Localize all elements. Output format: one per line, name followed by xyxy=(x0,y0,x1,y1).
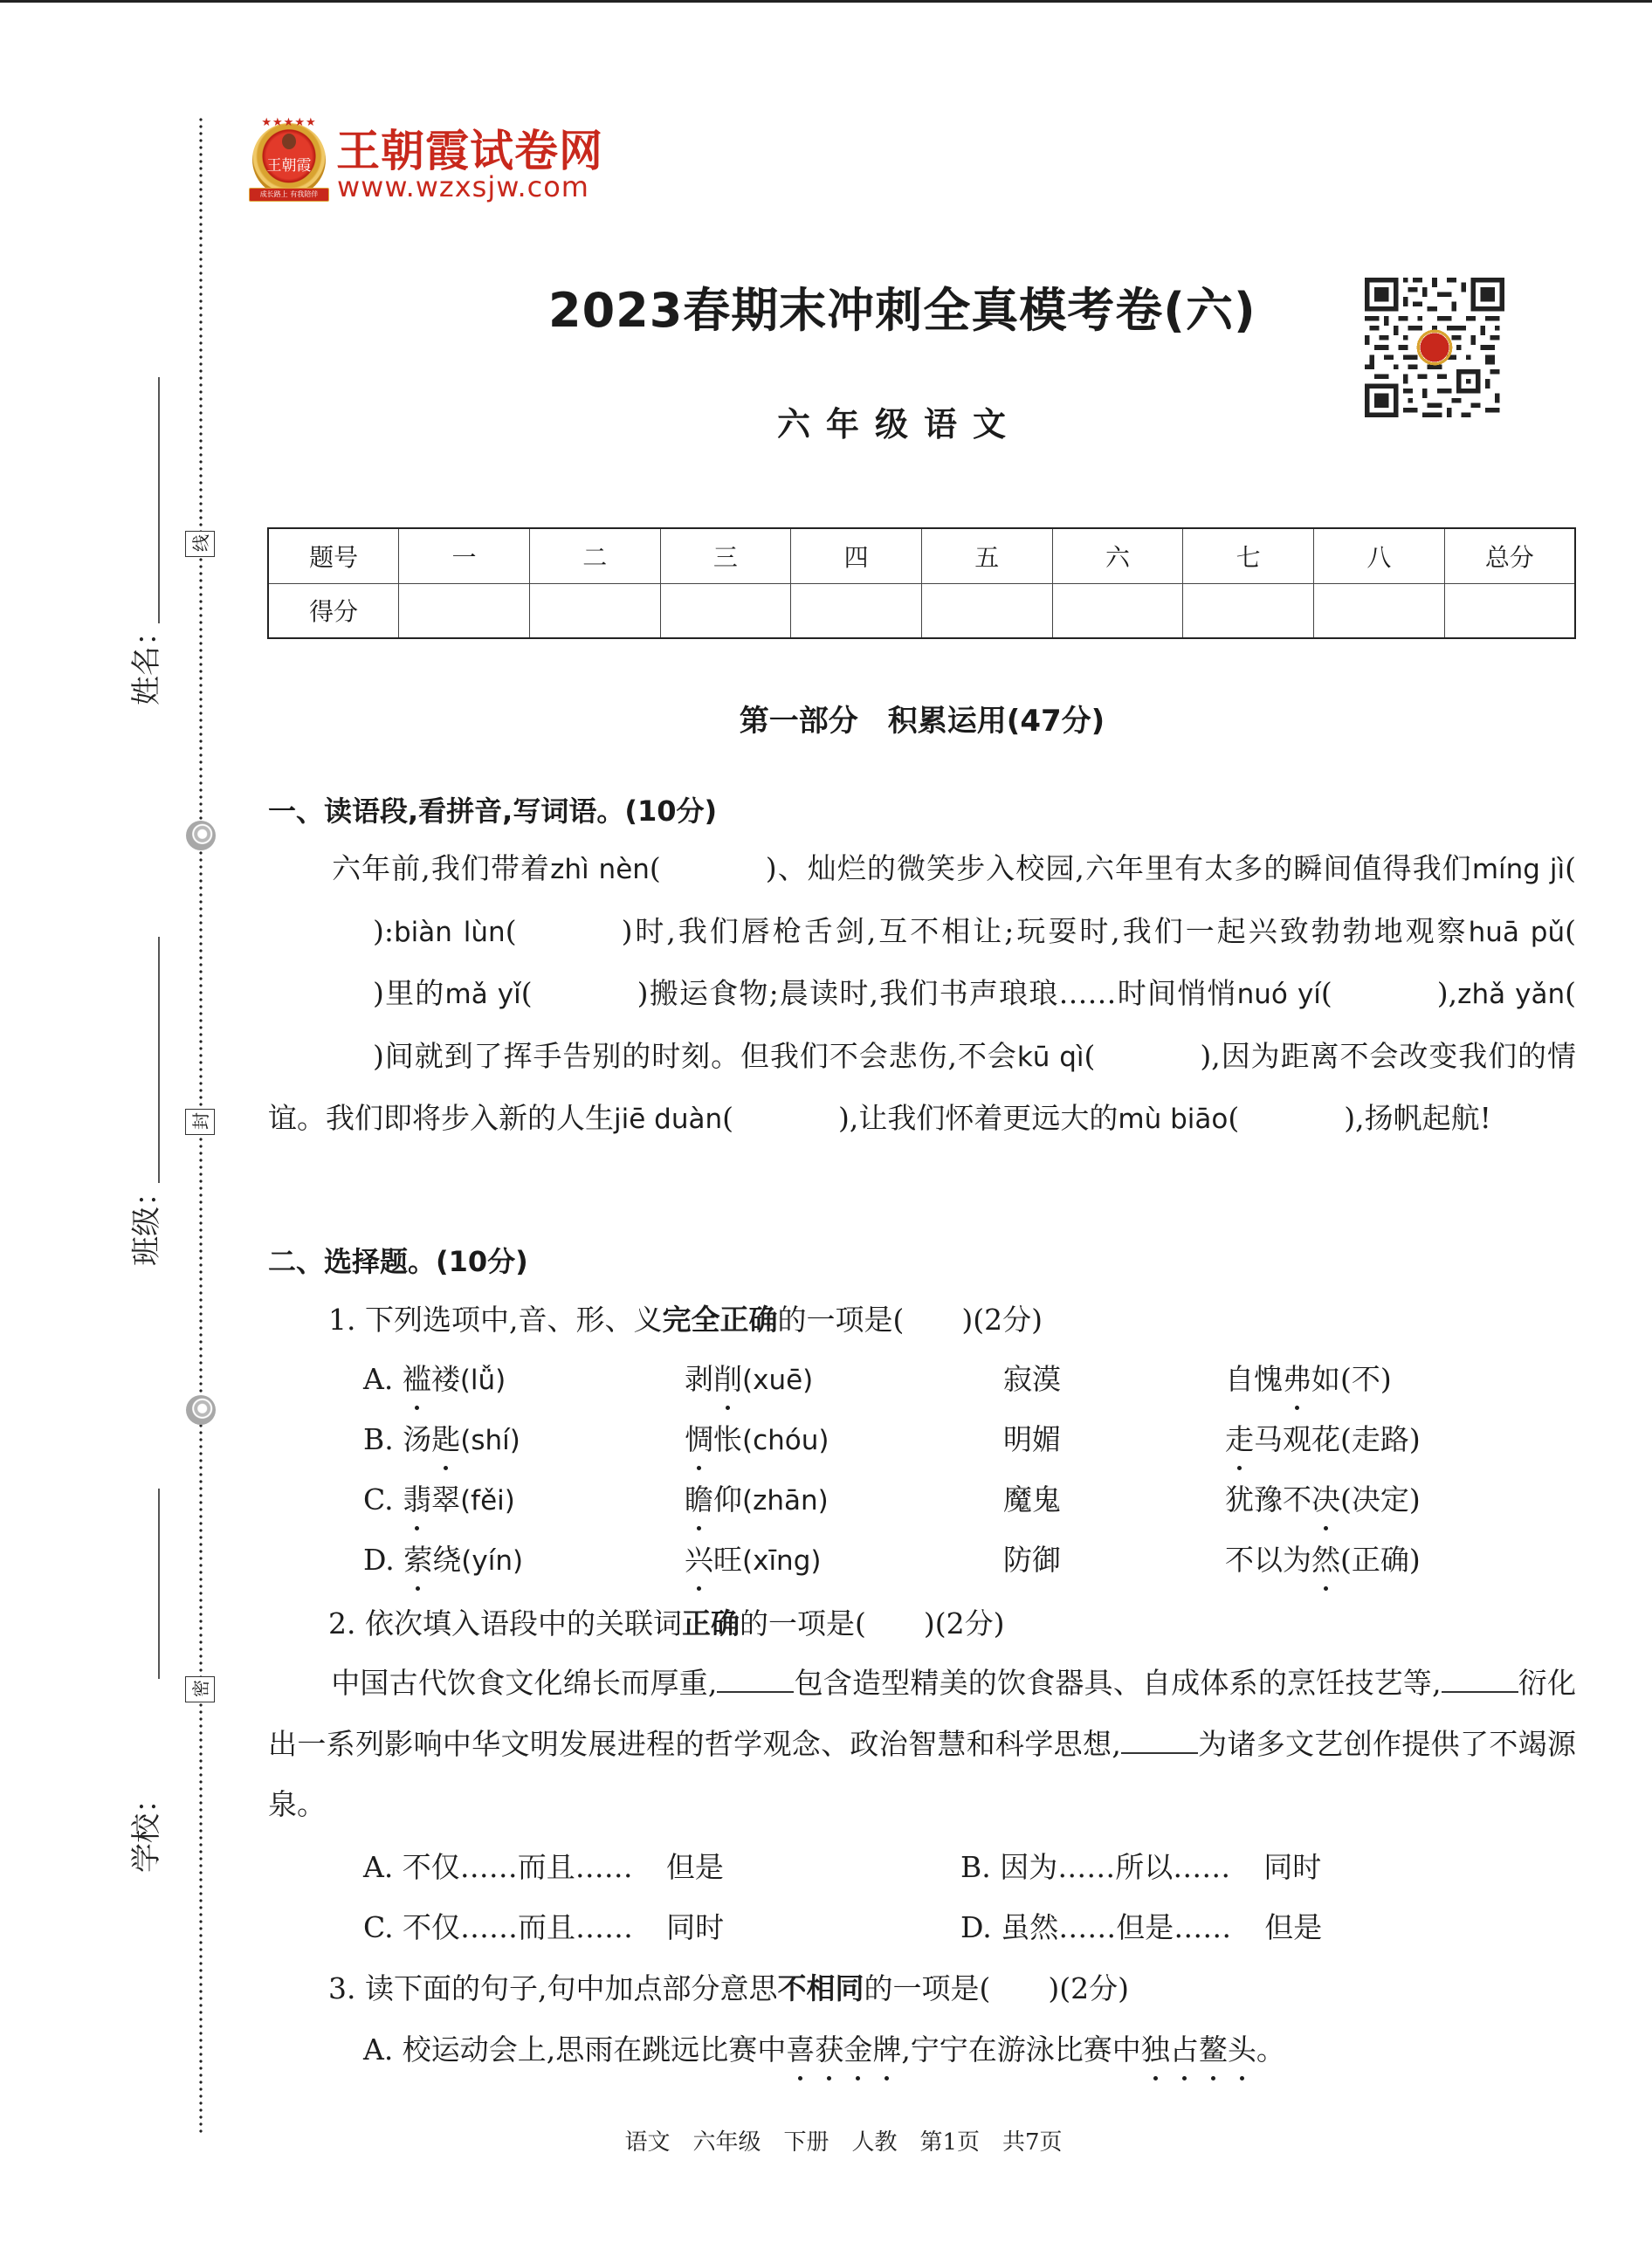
text: ( xyxy=(650,851,661,885)
q2-passage: 中国古代饮食文化绵长而厚重,包含造型精美的饮食器具、自成体系的烹饪技艺等,衍化出… xyxy=(268,1653,1576,1835)
text: ( xyxy=(1565,851,1576,885)
answer-blank[interactable] xyxy=(1121,1728,1198,1754)
name-label: 姓名： xyxy=(122,616,165,705)
school-label: 学校： xyxy=(122,1784,165,1873)
option-item: 犹豫不决(决定) xyxy=(1225,1477,1421,1518)
option-item: 明媚 xyxy=(1003,1417,1061,1458)
section-1-paragraph: 六年前,我们带着zhì nèn()、灿烂的微笑步入校园,六年里有太多的瞬间值得我… xyxy=(268,838,1576,1151)
badge-script: 王朝霞 xyxy=(261,153,317,175)
score-cell[interactable] xyxy=(1052,583,1183,638)
score-table-header-row: 题号 一 二 三 四 五 六 七 八 总分 xyxy=(268,528,1575,583)
option-item: B. 汤匙(shí) xyxy=(363,1417,520,1458)
text: ( xyxy=(521,976,533,1010)
text: )时,我们唇枪舌剑,互不相让;玩耍时,我们一起兴致勃勃地观察 xyxy=(622,914,1469,948)
header-cell: 二 xyxy=(529,528,660,583)
cut-mark-xian: 线 xyxy=(185,531,215,557)
score-cell[interactable] xyxy=(1183,583,1314,638)
pinyin: míng jì xyxy=(1472,854,1565,885)
exam-title: 2023春期末冲刺全真模考卷(六) xyxy=(548,273,1256,340)
text: ): xyxy=(373,914,394,948)
dotted-phrase: 独占鳌头 xyxy=(1141,2032,1256,2067)
section-1-title: 一、读语段,看拼音,写词语。(10分) xyxy=(268,789,717,829)
header-cell: 一 xyxy=(399,528,530,583)
option-item: 不以为然(正确) xyxy=(1225,1537,1421,1578)
score-cell[interactable] xyxy=(1314,583,1445,638)
q2-option-a[interactable]: A. 不仅……而且……但是 xyxy=(363,1845,724,1886)
pinyin: kū qì xyxy=(1017,1042,1084,1073)
header-cell: 五 xyxy=(921,528,1052,583)
option-item: 瞻仰(zhān) xyxy=(685,1477,829,1518)
text: ( xyxy=(1084,1039,1096,1073)
school-fill-line[interactable] xyxy=(158,1489,160,1679)
option-item: A. 褴褛(lǚ) xyxy=(363,1357,506,1398)
portrait-icon xyxy=(282,134,296,149)
score-cell[interactable] xyxy=(399,583,530,638)
score-table: 题号 一 二 三 四 五 六 七 八 总分 得分 xyxy=(267,527,1576,639)
q2-option-d[interactable]: D. 虽然……但是……但是 xyxy=(960,1905,1322,1946)
option-item: 剥削(xuē) xyxy=(685,1357,813,1398)
q3-stem: 3. 读下面的句子,句中加点部分意思不相同的一项是( )(2分) xyxy=(328,1966,1129,2007)
text: ( xyxy=(1565,914,1576,948)
score-cell[interactable] xyxy=(660,583,791,638)
seal-icon xyxy=(186,1395,216,1425)
pinyin: mù biāo xyxy=(1118,1104,1228,1135)
pinyin: zhǎ yǎn xyxy=(1457,979,1565,1010)
score-cell[interactable] xyxy=(1444,583,1575,638)
q1-stem: 1. 下列选项中,音、形、义完全正确的一项是( )(2分) xyxy=(328,1297,1043,1338)
score-cell[interactable] xyxy=(791,583,922,638)
cut-mark-feng: 封 xyxy=(185,1109,215,1135)
stars-icon: ★★★★★ xyxy=(256,116,322,129)
text: )、灿烂的微笑步入校园,六年里有太多的瞬间值得我们 xyxy=(766,851,1472,885)
text: )搬运食物;晨读时,我们书声琅琅……时间悄悄 xyxy=(637,976,1237,1010)
text: ),让我们怀着更远大的 xyxy=(838,1101,1118,1135)
text: ( xyxy=(506,914,517,948)
seal-icon xyxy=(186,821,216,850)
header-cell: 三 xyxy=(660,528,791,583)
pinyin: mǎ yǐ xyxy=(445,979,521,1010)
pinyin: zhì nèn xyxy=(550,854,650,885)
pinyin: biàn lùn xyxy=(394,917,506,948)
pinyin: jiē duàn xyxy=(614,1104,722,1135)
q2-option-b[interactable]: B. 因为……所以……同时 xyxy=(960,1845,1321,1886)
answer-blank[interactable] xyxy=(1442,1667,1518,1693)
page-top-border xyxy=(0,0,1652,3)
option-item: 走马观花(走路) xyxy=(1225,1417,1421,1458)
option-item: 魔鬼 xyxy=(1003,1477,1061,1518)
brand-url: www.wzxsjw.com xyxy=(337,170,589,203)
cut-mark-mi: 密 xyxy=(185,1676,215,1702)
option-item: 防御 xyxy=(1003,1537,1061,1578)
score-cell[interactable] xyxy=(529,583,660,638)
qr-code-icon[interactable] xyxy=(1365,278,1504,417)
class-fill-line[interactable] xyxy=(158,937,160,1183)
header-cell: 六 xyxy=(1052,528,1183,583)
text: ( xyxy=(722,1101,733,1135)
q3-option-a[interactable]: A. 校运动会上,思雨在跳远比赛中喜获金牌,宁宁在游泳比赛中独占鳌头。 xyxy=(363,2027,1285,2068)
name-fill-line[interactable] xyxy=(158,377,160,623)
text: 六年前,我们带着 xyxy=(331,851,550,885)
option-item: 寂漠 xyxy=(1003,1357,1061,1398)
text: ), xyxy=(1437,976,1457,1010)
header-cell: 总分 xyxy=(1444,528,1575,583)
text: ( xyxy=(1228,1101,1239,1135)
score-cell[interactable] xyxy=(921,583,1052,638)
part-title: 第一部分 积累运用(47分) xyxy=(0,697,1652,739)
option-item: 兴旺(xīng) xyxy=(685,1537,821,1578)
answer-blank[interactable] xyxy=(717,1667,794,1693)
section-2-title: 二、选择题。(10分) xyxy=(268,1240,528,1280)
score-table-score-row: 得分 xyxy=(268,583,1575,638)
brand-logo: ★★★★★ 王朝霞 成长路上 有我陪伴 xyxy=(247,116,338,207)
score-row-label: 得分 xyxy=(268,583,399,638)
dotted-phrase: 喜获金牌 xyxy=(786,2032,901,2067)
class-label: 班级： xyxy=(122,1177,165,1266)
pinyin: huā pǔ xyxy=(1469,917,1565,948)
header-cell: 八 xyxy=(1314,528,1445,583)
pinyin: nuó yí xyxy=(1237,979,1321,1010)
header-cell: 题号 xyxy=(268,528,399,583)
text: )间就到了挥手告别的时刻。但我们不会悲伤,不会 xyxy=(373,1039,1017,1073)
text: ( xyxy=(1321,976,1332,1010)
q2-stem: 2. 依次填入语段中的关联词正确的一项是( )(2分) xyxy=(328,1601,1004,1642)
option-item: D. 萦绕(yín) xyxy=(363,1537,523,1578)
exam-subject: 六年级语文 xyxy=(777,397,1022,445)
header-cell: 七 xyxy=(1183,528,1314,583)
option-item: 自愧弗如(不) xyxy=(1225,1357,1392,1398)
option-item: 惆怅(chóu) xyxy=(685,1417,829,1458)
option-item: C. 翡翠(fěi) xyxy=(363,1477,515,1518)
text: ( xyxy=(1565,976,1576,1010)
text: )里的 xyxy=(373,976,445,1010)
badge-ribbon: 成长路上 有我陪伴 xyxy=(249,188,329,202)
q2-option-c[interactable]: C. 不仅……而且……同时 xyxy=(363,1905,724,1946)
page-footer: 语文 六年级 下册 人教 第1页 共7页 xyxy=(0,2124,1652,2156)
text: ),扬帆起航! xyxy=(1344,1101,1491,1135)
header-cell: 四 xyxy=(791,528,922,583)
